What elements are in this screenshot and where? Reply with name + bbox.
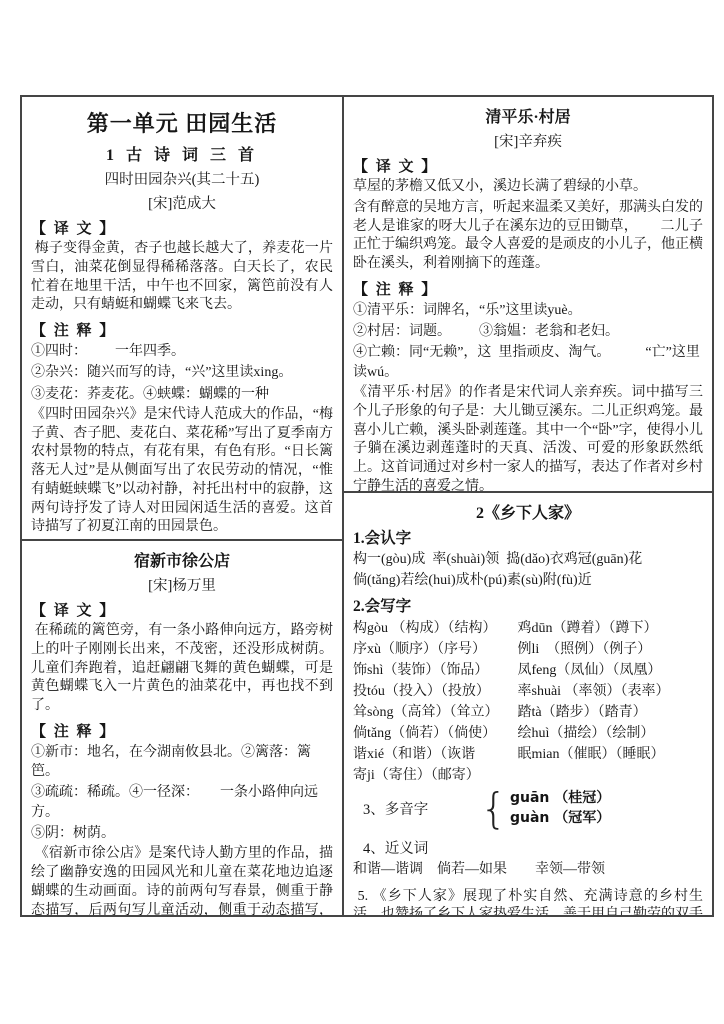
poem3-yiwen-label: 【 译 文 】 <box>353 155 703 176</box>
renzi-line: 倘(tǎng)若绘(hui)成朴(pú)素(sù)附(fù)近 <box>353 571 703 590</box>
poem3-analysis: 《清平乐·村居》的作者是宋代词人亲弃疾。词中描写三个儿子形象的句子是：大儿锄豆溪… <box>353 384 703 491</box>
poem3-author: [宋]辛弃疾 <box>353 130 703 151</box>
lesson2-title: 2《乡下人家》 <box>353 500 703 523</box>
section-poem1: 第一单元 田园生活 1 古 诗 词 三 首 四时田园杂兴(其二十五) [宋]范成… <box>22 97 342 539</box>
poem1-notes: ①四时： 一年四季。②杂兴：随兴而写的诗，“兴”这里读xing。③麦花：荞麦花。… <box>31 342 333 404</box>
worksheet-page: 第一单元 田园生活 1 古 诗 词 三 首 四时田园杂兴(其二十五) [宋]范成… <box>0 0 724 1024</box>
poem3-note-line: ④亡赖：同“无赖”，这 里指顽皮、淘气。 “亡”这里读wú。 <box>353 343 703 382</box>
duoyinzi-items: guān （桂冠）guàn （冠军） <box>510 788 610 830</box>
xiezi-row-right: 例li （照例）（例子） <box>518 639 704 660</box>
poem1-note-line: ①四时： 一年四季。 <box>31 342 333 361</box>
poem1-author: [宋]范成大 <box>31 192 333 213</box>
xiezi-row: 倘tǎng（倘若）（倘使）绘huì（描绘）（绘制） <box>353 723 703 744</box>
poem2-yiwen-label: 【 译 文 】 <box>31 599 333 620</box>
poem2-note-line: ①新市：地名，在今湖南攸县北。②篱落：篱笆。 <box>31 743 333 782</box>
poem2-note-line: ③疏疏：稀疏。④一径深： 一条小路伸向远方。 <box>31 783 333 822</box>
xiezi-row-right <box>518 765 704 786</box>
duoyinzi-heading: 3、多音字 <box>363 798 428 819</box>
section-poem2: 宿新市徐公店 [宋]杨万里 【 译 文 】 在稀疏的篱笆旁，有一条小路伸向远方，… <box>22 539 342 915</box>
xiezi-row: 投tóu（投入）（投放）率shuài （率领）（表率） <box>353 681 703 702</box>
xiezi-row: 寄ji（寄住）（邮寄） <box>353 765 703 786</box>
xiezi-row-right: 绘huì（描绘）（绘制） <box>518 723 704 744</box>
poem2-translation: 在稀疏的篱笆旁，有一条小路伸向远方，路旁树上的叶子刚刚长出来，不茂密，还没形成树… <box>31 622 333 716</box>
poem2-title: 宿新市徐公店 <box>31 548 333 571</box>
poem2-analysis: 《宿新市徐公店》是案代诗人勤方里的作品，描绘了幽静安逸的田园风光和儿童在菜花地边… <box>31 845 333 915</box>
xiezi-row-right: 踏tà（踏步）（踏青） <box>518 702 704 723</box>
worksheet-table: 第一单元 田园生活 1 古 诗 词 三 首 四时田园杂兴(其二十五) [宋]范成… <box>20 95 714 917</box>
xiezi-row: 耸sòng（高耸）（耸立）踏tà（踏步）（踏青） <box>353 702 703 723</box>
xiezi-row: 饰shì（装饰）（饰品）凤feng（凤仙）（凤凰） <box>353 660 703 681</box>
duoyinzi-item: guàn （冠军） <box>510 809 610 828</box>
poem2-author: [宋]杨万里 <box>31 574 333 595</box>
xiezi-row-right: 眠mian（催眠）（睡眠） <box>518 744 704 765</box>
poem1-yiwen-label: 【 译 文 】 <box>31 217 333 238</box>
renzi-heading: 1.会认字 <box>353 526 703 548</box>
xiezi-row-left: 投tóu（投入）（投放） <box>353 681 518 702</box>
section-lesson2: 2《乡下人家》 1.会认字 构一(gòu)成 率(shuài)领 捣(dǎo)衣… <box>344 491 712 915</box>
xiezi-row: 构gòu （构成）（结构）鸡dūn（蹲着）（蹲下） <box>353 618 703 639</box>
poem2-note-line: ⑤阴：树荫。 <box>31 824 333 843</box>
xiezi-row-left: 倘tǎng（倘若）（倘使） <box>353 723 518 744</box>
duoyinzi-item: guān （桂冠） <box>510 789 610 808</box>
section-poem3: 清平乐·村居 [宋]辛弃疾 【 译 文 】 草屋的茅檐又低又小，溪边长满了碧绿的… <box>344 97 712 491</box>
xiezi-heading: 2.会写字 <box>353 594 703 616</box>
xiezi-row-right: 鸡dūn（蹲着）（蹲下） <box>518 618 704 639</box>
poem3-zhushi-label: 【 注 释 】 <box>353 278 703 299</box>
poem3-translation-line1: 草屋的茅檐又低又小，溪边长满了碧绿的小草。 <box>353 178 703 197</box>
poem3-title: 清平乐·村居 <box>353 104 703 127</box>
xiezi-row-left: 饰shì（装饰）（饰品） <box>353 660 518 681</box>
xiezi-row-left: 寄ji（寄住）（邮寄） <box>353 765 518 786</box>
xiezi-row: 谐xié（和谐）（诙谐眠mian（催眠）（睡眠） <box>353 744 703 765</box>
poem1-note-line: ②杂兴：随兴而写的诗，“兴”这里读xing。 <box>31 363 333 382</box>
poem1-note-line: ③麦花：荞麦花。④蛱蝶：蝴蝶的一种 <box>31 385 333 404</box>
poem2-notes: ①新市：地名，在今湖南攸县北。②篱落：篱笆。③疏疏：稀疏。④一径深： 一条小路伸… <box>31 743 333 844</box>
renzi-line: 构一(gòu)成 率(shuài)领 捣(dǎo)衣鸡冠(guān)花 <box>353 550 703 569</box>
xiezi-row-left: 序xù（顺序）（序号） <box>353 639 518 660</box>
poem3-note-line: ①清平乐：词牌名，“乐”这里读yuè。 <box>353 301 703 320</box>
poem2-zhushi-label: 【 注 释 】 <box>31 720 333 741</box>
poem1-title: 四时田园杂兴(其二十五) <box>31 168 333 189</box>
xiezi-row-left: 构gòu （构成）（结构） <box>353 618 518 639</box>
xiezi-table: 构gòu （构成）（结构）鸡dūn（蹲着）（蹲下）序xù（顺序）（序号）例li … <box>353 618 703 786</box>
renzi-lines: 构一(gòu)成 率(shuài)领 捣(dǎo)衣鸡冠(guān)花倘(tǎn… <box>353 550 703 591</box>
poem1-analysis: 《四时田园杂兴》是宋代诗人范成大的作品，“梅子黄、杏子肥、麦花白、菜花稀”写出了… <box>31 406 333 537</box>
right-column: 清平乐·村居 [宋]辛弃疾 【 译 文 】 草屋的茅檐又低又小，溪边长满了碧绿的… <box>344 97 712 915</box>
xiezi-row-left: 谐xié（和谐）（诙谐 <box>353 744 518 765</box>
xiezi-row-right: 率shuài （率领）（表率） <box>518 681 704 702</box>
jinyici-line: 和谐—谐调 倘若—如果 幸领—带领 <box>353 860 703 879</box>
xiezi-row: 序xù（顺序）（序号）例li （照例）（例子） <box>353 639 703 660</box>
poem3-note-line: ②村居：词题。 ③翁媪：老翁和老妇。 <box>353 322 703 341</box>
poem1-zhushi-label: 【 注 释 】 <box>31 319 333 340</box>
left-column: 第一单元 田园生活 1 古 诗 词 三 首 四时田园杂兴(其二十五) [宋]范成… <box>22 97 344 915</box>
brace-icon: { <box>480 790 507 828</box>
jinyici-heading: 4、近义词 <box>363 837 703 858</box>
poem1-translation: 梅子变得金黄，杏子也越长越大了，养麦花一片雪白，油菜花倒显得稀稀落落。白天长了，… <box>31 240 333 315</box>
poem3-translation-line2: 含有醉意的吴地方言，听起来温柔又美好，那满头白发的老人是谁家的呀大儿子在溪东边的… <box>353 199 703 274</box>
lesson2-summary: 5. 《乡下人家》展现了朴实自然、充满诗意的乡村生活，也赞扬了乡下人家热爱生活，… <box>353 888 703 915</box>
lesson-title: 1 古 诗 词 三 首 <box>31 142 333 165</box>
poem3-notes: ①清平乐：词牌名，“乐”这里读yuè。②村居：词题。 ③翁媪：老翁和老妇。④亡赖… <box>353 301 703 382</box>
duoyinzi-block: 3、多音字 { guān （桂冠）guàn （冠军） <box>363 788 703 830</box>
xiezi-row-right: 凤feng（凤仙）（凤凰） <box>518 660 704 681</box>
xiezi-row-left: 耸sòng（高耸）（耸立） <box>353 702 518 723</box>
unit-title: 第一单元 田园生活 <box>31 107 333 138</box>
